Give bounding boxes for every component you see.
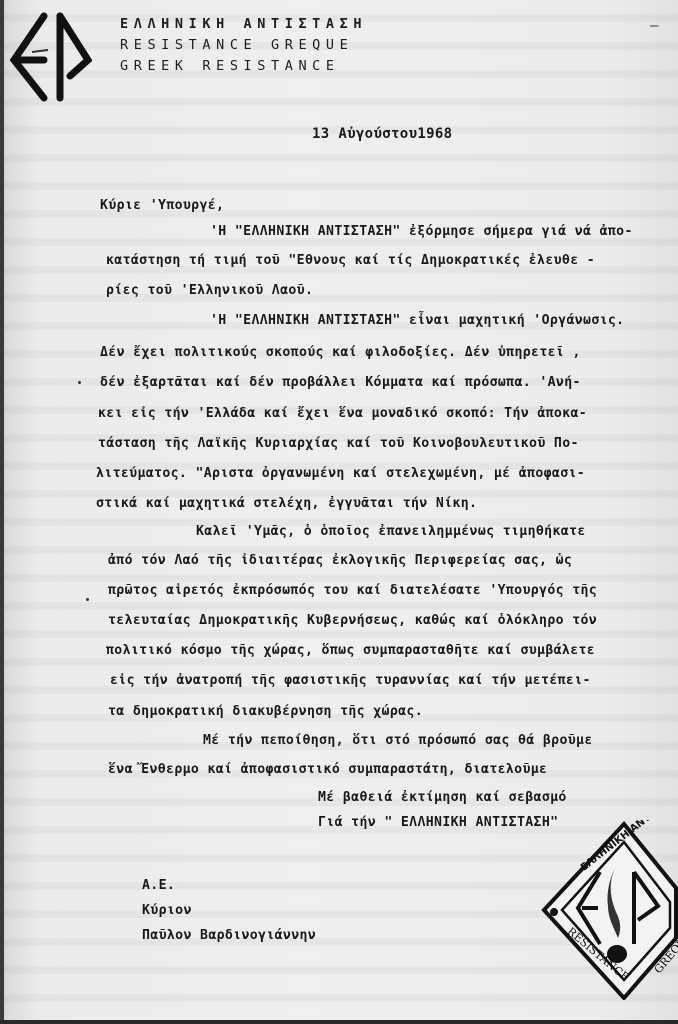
body-line: πολιτικό κόσμο τῆς χώρας, ὅπως συμπαραστ…	[106, 643, 595, 658]
letterhead-english: GREEK RESISTANCE	[120, 56, 367, 77]
margin-dash: –	[650, 18, 658, 34]
body-line: εἰς τήν ἀνατροπή τῆς φασιστικῆς τυραννία…	[110, 673, 591, 688]
page-bottom-border	[0, 1020, 678, 1024]
body-line: τα δημοκρατική διακυβέρνηση τῆς χώρας.	[108, 704, 423, 719]
body-line: Δέν ἔχει πολιτικούς σκοπούς καί φιλοδοξί…	[100, 345, 581, 360]
addressee-name: Παῦλον Βαρδινογιάννην	[142, 928, 316, 943]
page-left-border	[0, 0, 4, 1024]
body-line: λιτεύματος. "Αριστα ὀργανωμένη καί στελε…	[96, 466, 585, 481]
addressee-honorific: Κύριον	[142, 903, 192, 918]
letter-date: 13 Αὐγούστου1968	[312, 126, 452, 142]
letterhead-greek: ΕΛΛΗΝΙΚΗ ΑΝΤΙΣΤΑΣΗ	[120, 14, 367, 35]
body-line: 'Η "ΕΛΛΗΝΙΚΗ ΑΝΤΙΣΤΑΣΗ" εἶναι μαχητική '…	[210, 313, 624, 328]
letterhead-text: ΕΛΛΗΝΙΚΗ ΑΝΤΙΣΤΑΣΗ RESISTANCE GREQUE GRE…	[120, 14, 367, 77]
addressee-title: Α.Ε.	[142, 878, 175, 893]
margin-mark	[86, 598, 89, 601]
body-line: Καλεῖ 'Υμᾶς, ὁ ὁποῖος ἐπανειλημμένως τιμ…	[196, 524, 586, 539]
body-line: κει εἰς τήν 'Ελλάδα καί ἔχει ἕνα μοναδικ…	[98, 406, 587, 421]
salutation: Κύριε 'Υπουργέ,	[100, 198, 224, 213]
body-line: κατάστηση τή τιμή τοῦ "Εθνους καί τίς Δη…	[106, 253, 595, 268]
body-line: πρῶτος αἱρετός ἐκπρόσωπός του καί διατελ…	[108, 583, 597, 598]
body-line: τελευταίας Δημοκρατικῆς Κυβερνήσεως, καθ…	[108, 613, 597, 628]
margin-mark	[78, 381, 81, 384]
closing-line: Μέ βαθειά ἐκτίμηση καί σεβασμό	[318, 790, 567, 805]
body-line: Μέ τήν πεποίθηση, ὅτι στό πρόσωπό σας θά…	[203, 733, 593, 748]
ea-monogram-icon	[8, 12, 92, 102]
body-line: 'Η "ΕΛΛΗΝΙΚΗ ΑΝΤΙΣΤΑΣΗ" ἐξόρμησε σήμερα …	[210, 224, 633, 239]
body-line: ρίες τοῦ 'Ελληνικοῦ Λαοῦ.	[106, 283, 313, 298]
scanned-page: ΕΛΛΗΝΙΚΗ ΑΝΤΙΣΤΑΣΗ RESISTANCE GREQUE GRE…	[0, 0, 678, 1024]
ea-stamp-icon: ΕΛΛΗΝΙΚΗ ΑΝΤΙΣΤΑΣΗ RESISTANCE GREQUE	[538, 820, 678, 1000]
body-line: δέν ἐξαρτᾶται καί δέν προβάλλει Κόμματα …	[100, 375, 581, 390]
letterhead-french: RESISTANCE GREQUE	[120, 35, 367, 56]
body-line: ἀπό τόν Λαό τῆς ἰδιαιτέρας ἐκλογικῆς Περ…	[108, 553, 572, 568]
body-line: ἕνα Ἔνθερμο καί ἀποφασιστικό συμπαραστάτ…	[108, 762, 547, 777]
signature-line: Γιά τήν " ΕΛΛΗΝΙΚΗ ΑΝΤΙΣΤΑΣΗ"	[318, 815, 558, 830]
body-line: τάσταση τῆς Λαϊκῆς Κυριαρχίας καί τοῦ Κο…	[98, 436, 579, 451]
body-line: στικά καί μαχητικά στελέχη, ἐγγυᾶται τήν…	[96, 496, 477, 511]
